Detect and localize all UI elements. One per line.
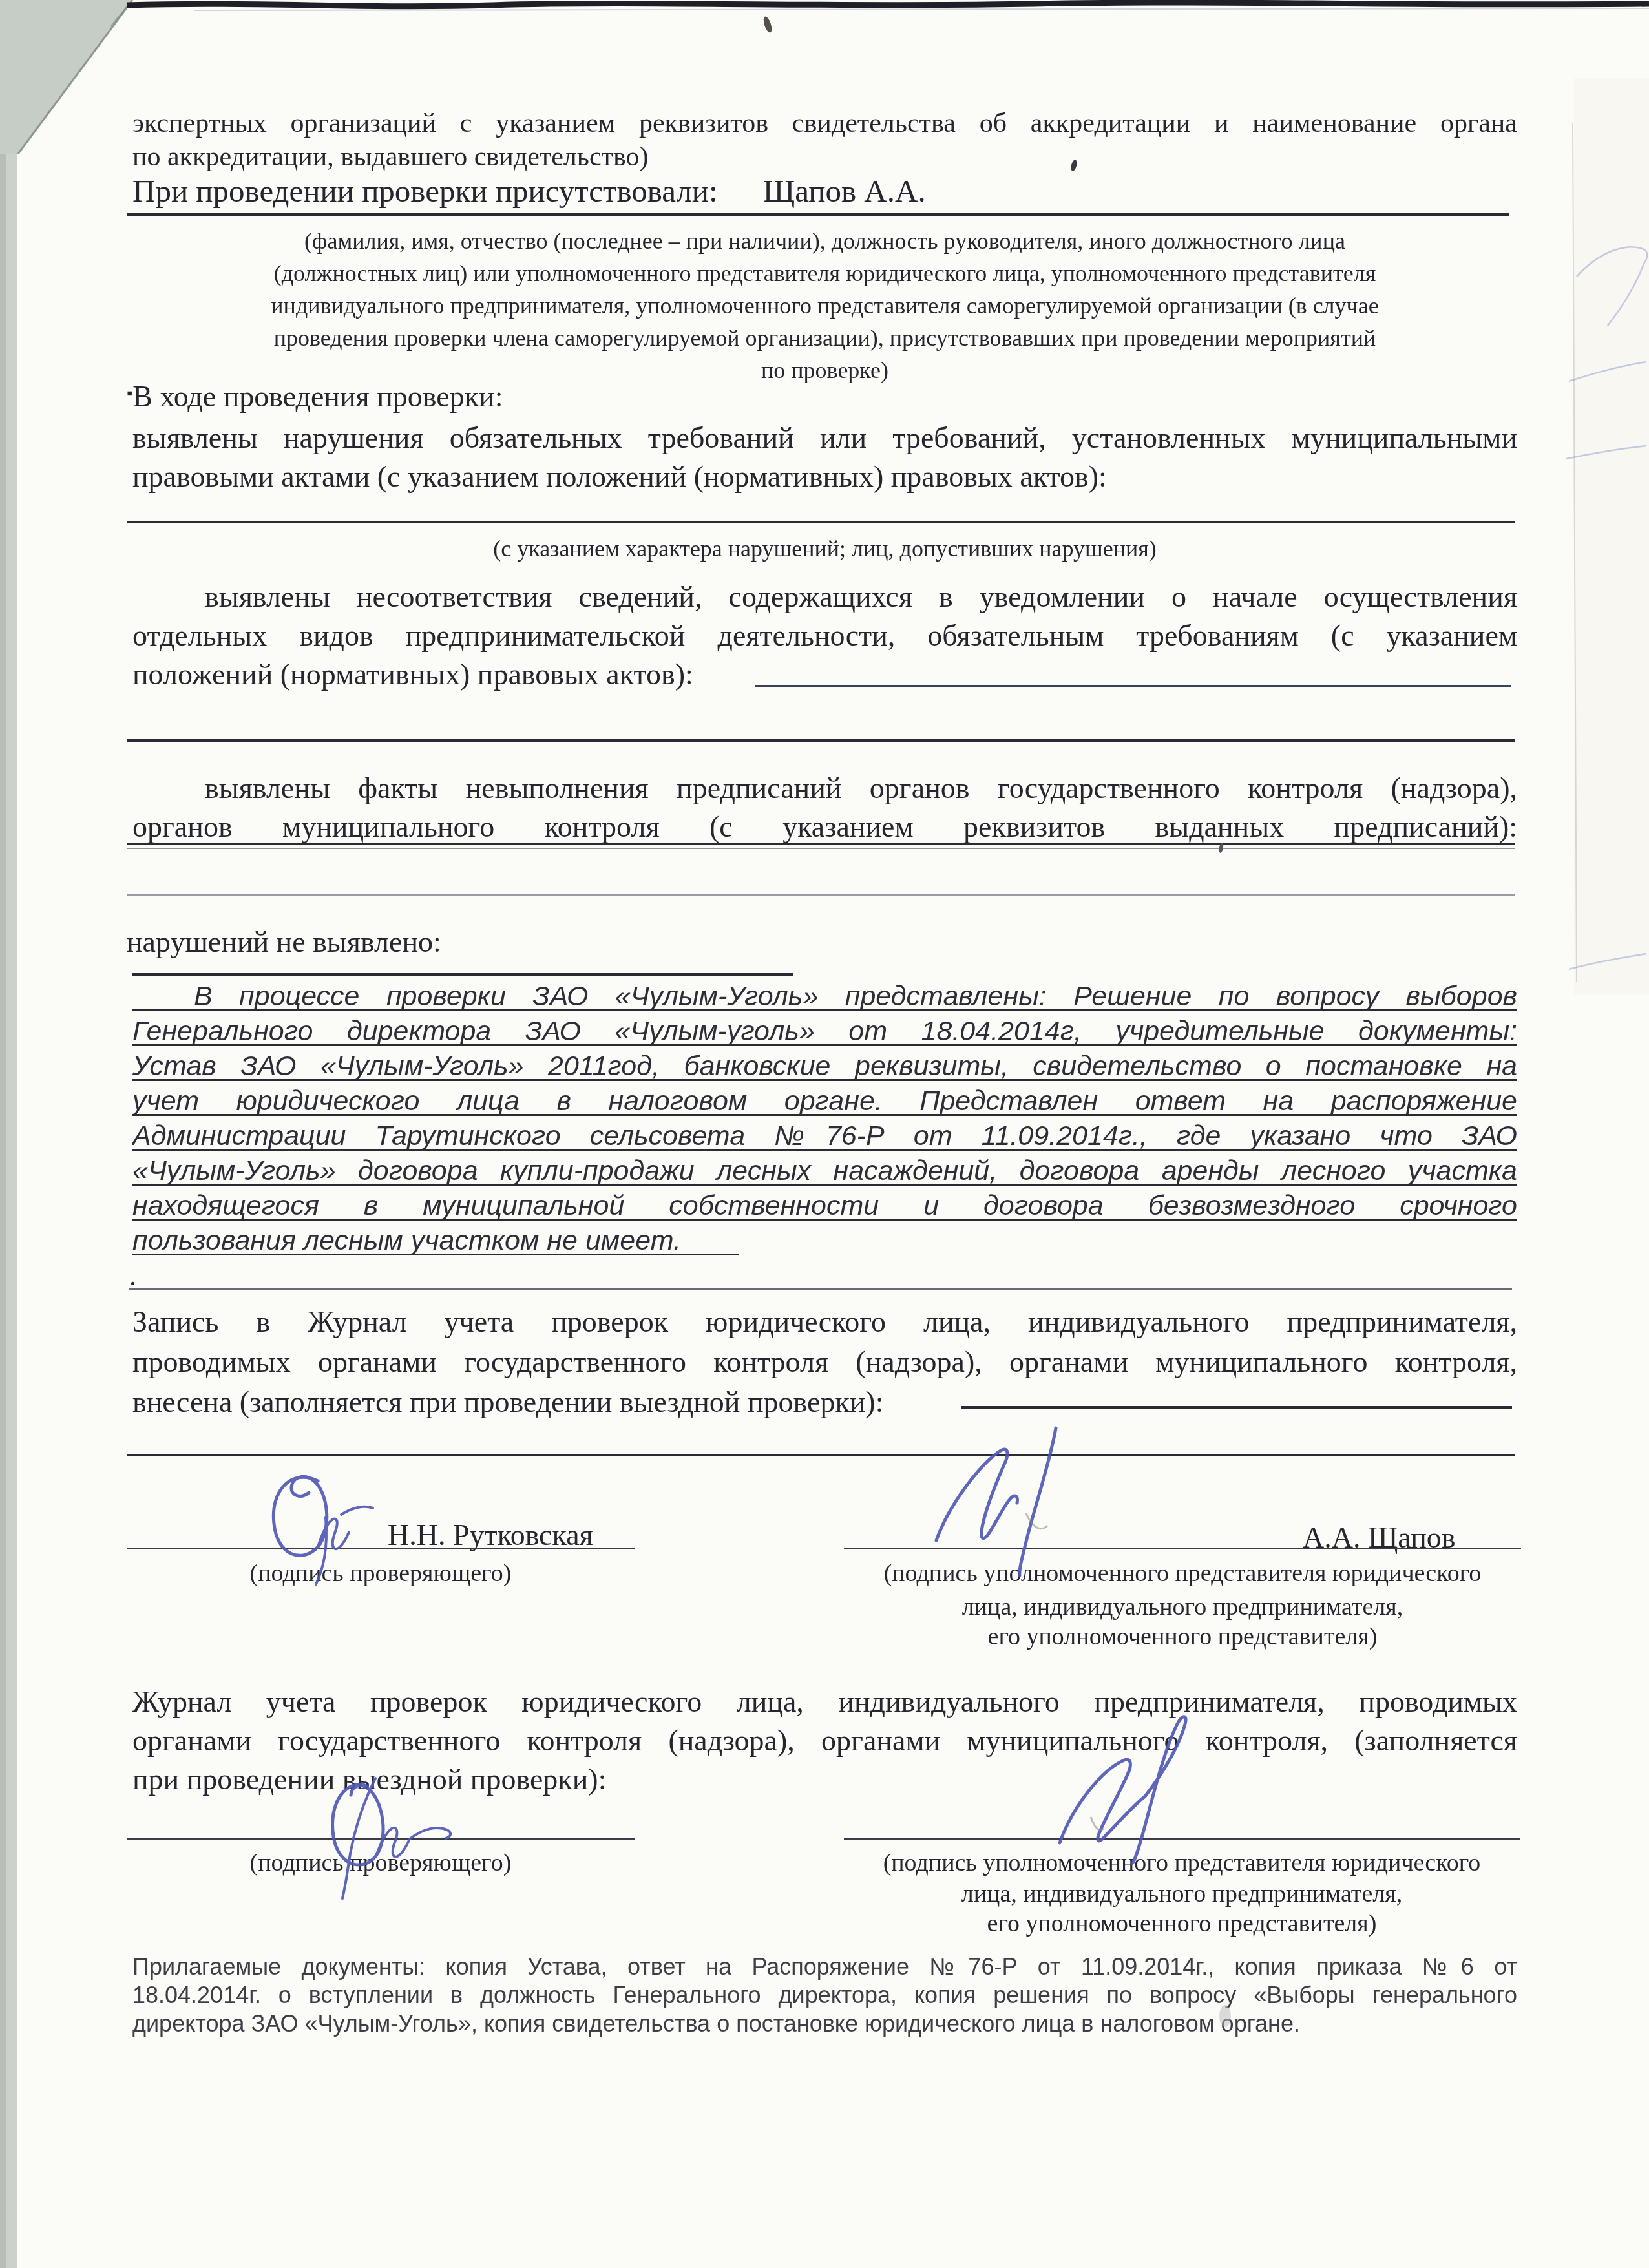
journal-line: при проведении выездной проверки): [132, 1761, 606, 1798]
left-scan-strip [0, 0, 17, 2268]
top-edge-shadow [127, 3, 1649, 6]
journal-entry-underline [961, 1406, 1512, 1409]
pencil-hook-1 [1026, 1513, 1047, 1529]
margin-pen-squiggle [1569, 362, 1646, 381]
prescriptions-line: органов муниципального контроля (с указа… [132, 809, 1517, 848]
finding-underline [132, 1079, 1517, 1081]
finding-underline [132, 1149, 1517, 1151]
prescriptions-line: выявлены факты невыполнения предписаний … [132, 770, 1517, 809]
top-note-line: экспертных организаций с указанием рекви… [132, 107, 1517, 143]
representative-caption-line: лица, индивидуального предпринимателя, [844, 1592, 1521, 1622]
attendees-line: При проведении проверки присутствовали:Щ… [132, 172, 926, 211]
attachments-line: Прилагаемые документы: копия Устава, отв… [132, 1953, 1517, 1983]
section-header: В ходе проведения проверки: [132, 380, 503, 413]
journal-entry-line: Запись в Журнал учета проверок юридическ… [132, 1304, 1517, 1343]
ink-speck [762, 16, 773, 34]
margin-pen-squiggle [1577, 247, 1647, 277]
representative-rule-2 [844, 1838, 1520, 1840]
representative-caption-line: его уполномоченного представителя) [844, 1622, 1521, 1652]
short-rule [132, 973, 793, 976]
journal-line: органами государственного контроля (надз… [132, 1723, 1517, 1761]
finding-line: пользования лесным участком не имеет. [132, 1224, 681, 1257]
inspector-caption: (подпись проверяющего) [127, 1559, 635, 1588]
attendees-name: Щапов А.А. [763, 173, 926, 209]
journal-line: Журнал учета проверок юридического лица,… [132, 1684, 1517, 1723]
attendees-rule [127, 213, 1509, 216]
divider-rule [127, 739, 1515, 742]
representative-caption-2-line: лица, индивидуального предпринимателя, [844, 1879, 1520, 1909]
corner-fold-edge [18, 0, 132, 154]
violations-line: правовыми актами (с указанием положений … [132, 459, 1107, 495]
section-header-line: ▪В ходе проведения проверки: [127, 379, 503, 415]
left-scan-strip-edge [0, 0, 6, 2268]
journal-entry-line: внесена (заполняется при проведении выез… [132, 1384, 883, 1420]
violations-rule [127, 521, 1515, 523]
attachments-line: директора ЗАО «Чулым-Уголь», копия свиде… [132, 2010, 1300, 2038]
section-bullet: ▪ [127, 384, 132, 403]
right-fold-band [1574, 78, 1649, 995]
margin-pen-squiggle [1566, 446, 1646, 459]
margin-pen-squiggle [1608, 264, 1644, 326]
discrepancy-underline [755, 685, 1511, 687]
attendees-caption-line: (должностных лиц) или уполномоченного пр… [132, 260, 1517, 288]
representative-rule [844, 1548, 1521, 1549]
violations-caption: (с указанием характера нарушений; лиц, д… [132, 535, 1517, 563]
attendees-caption-line: проведения проверки члена саморегулируем… [132, 324, 1517, 353]
scan-page: экспертных организаций с указанием рекви… [0, 0, 1649, 2268]
attendees-caption-line: (фамилия, имя, отчество (последнее – при… [132, 227, 1517, 256]
representative-caption-2-line: его уполномоченного представителя) [844, 1909, 1520, 1938]
pencil-hook-2 [1091, 1817, 1104, 1830]
representative-signature-1 [936, 1428, 1056, 1575]
attachments-line: 18.04.2014г. о вступлении в должность Ге… [132, 1981, 1517, 2011]
discrepancy-line: отдельных видов предпринимательской деят… [132, 618, 1517, 656]
violations-line: выявлены нарушения обязательных требован… [132, 420, 1517, 459]
attendees-caption-line: индивидуального предпринимателя, уполном… [132, 292, 1517, 320]
top-note-line: по аккредитации, выдавшего свидетельство… [132, 141, 648, 174]
finding-underline [132, 1184, 1517, 1186]
discrepancy-line: положений (нормативных) правовых актов): [132, 656, 693, 693]
signature-area-rule [127, 1454, 1515, 1456]
inspector-caption-2: (подпись проверяющего) [127, 1848, 635, 1878]
no-violations-line: нарушений не выявлено: [127, 924, 441, 960]
light-rule [127, 894, 1515, 896]
finding-underline [132, 1009, 1517, 1011]
thin-rule [129, 1288, 1512, 1290]
top-edge-thin-line [194, 8, 1649, 10]
corner-crease-line [111, 4, 129, 26]
finding-underline [132, 1044, 1517, 1046]
finding-underline [132, 1254, 739, 1255]
discrepancy-line: выявлены несоответствия сведений, содерж… [132, 579, 1517, 618]
corner-fold [0, 0, 132, 154]
representative-name: А.А. Щапов [1303, 1520, 1456, 1556]
right-fold-line [1573, 123, 1577, 982]
margin-pen-squiggle [1569, 954, 1646, 969]
prescriptions-rule [127, 843, 1515, 845]
representative-caption-2-line: (подпись уполномоченного представителя ю… [844, 1848, 1520, 1878]
finding-underline [132, 1114, 1517, 1116]
finding-underline [132, 1219, 1517, 1221]
inspector-rule-2 [127, 1838, 635, 1840]
ink-speck [1070, 159, 1078, 171]
prescriptions-rule-echo [127, 848, 1515, 849]
inspector-rule [127, 1548, 635, 1549]
attendees-label: При проведении проверки присутствовали: [132, 173, 718, 209]
representative-caption-line: (подпись уполномоченного представителя ю… [844, 1559, 1521, 1588]
journal-entry-line: проводимых органами государственного кон… [132, 1344, 1517, 1383]
